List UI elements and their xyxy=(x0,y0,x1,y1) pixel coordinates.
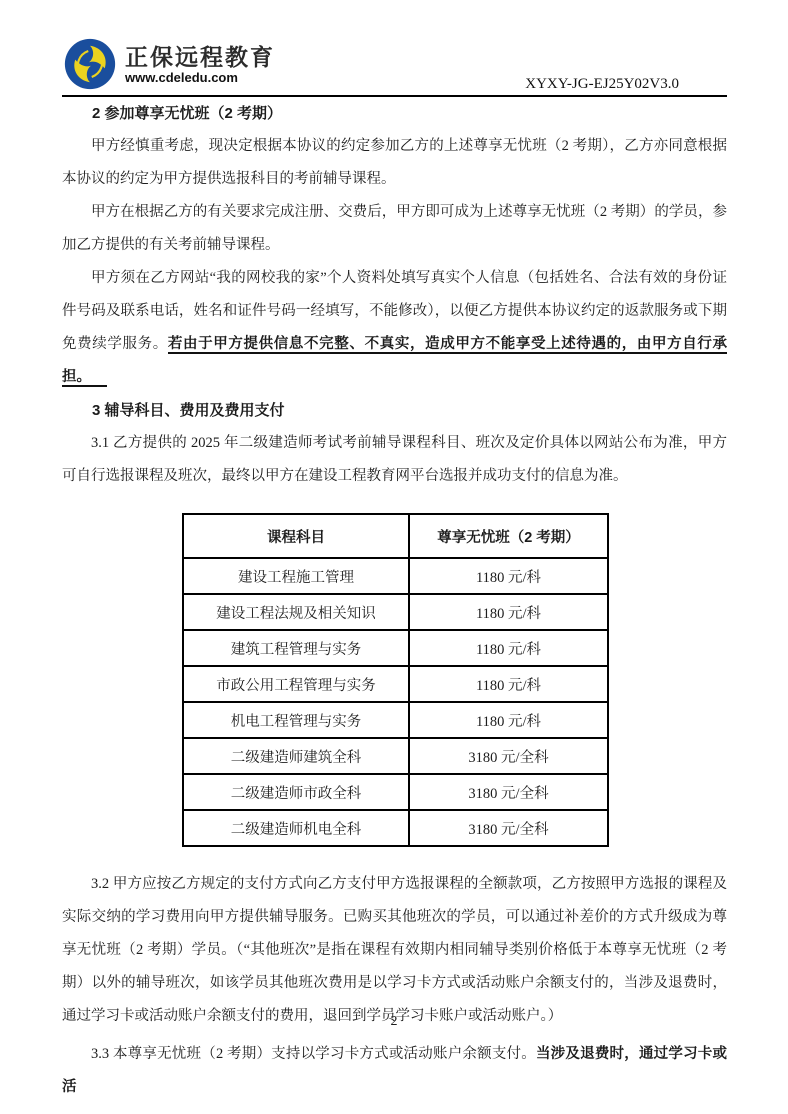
paragraph: 3.1 乙方提供的 2025 年二级建造师考试考前辅导课程科目、班次及定价具体以… xyxy=(62,427,727,493)
column-header-course: 课程科目 xyxy=(183,514,409,558)
course-price-cell: 1180 元/科 xyxy=(409,702,608,738)
column-header-price: 尊享无忧班（2 考期） xyxy=(409,514,608,558)
page-header: 正保远程教育 www.cdeledu.com XYXY-JG-EJ25Y02V3… xyxy=(62,0,727,97)
course-name-cell: 建筑工程管理与实务 xyxy=(183,630,409,666)
contract-page: 正保远程教育 www.cdeledu.com XYXY-JG-EJ25Y02V3… xyxy=(0,0,788,1114)
page-footer: 2 xyxy=(0,1014,788,1030)
course-name-cell: 二级建造师市政全科 xyxy=(183,774,409,810)
course-price-cell: 1180 元/科 xyxy=(409,630,608,666)
brand-swirl-logo-icon xyxy=(64,38,116,90)
table-row: 二级建造师机电全科 3180 元/全科 xyxy=(183,810,608,846)
course-name-cell: 机电工程管理与实务 xyxy=(183,702,409,738)
table-row: 建设工程法规及相关知识 1180 元/科 xyxy=(183,594,608,630)
table-row: 机电工程管理与实务 1180 元/科 xyxy=(183,702,608,738)
brand-name: 正保远程教育 xyxy=(125,44,275,70)
table-row: 市政公用工程管理与实务 1180 元/科 xyxy=(183,666,608,702)
brand: 正保远程教育 www.cdeledu.com xyxy=(64,38,275,90)
course-price-cell: 3180 元/全科 xyxy=(409,738,608,774)
table-row: 建筑工程管理与实务 1180 元/科 xyxy=(183,630,608,666)
table-row: 二级建造师建筑全科 3180 元/全科 xyxy=(183,738,608,774)
paragraph: 3.2 甲方应按乙方规定的支付方式向乙方支付甲方选报课程的全额款项，乙方按照甲方… xyxy=(62,868,727,1033)
course-price-cell: 1180 元/科 xyxy=(409,666,608,702)
paragraph: 3.3 本尊享无忧班（2 考期）支持以学习卡方式或活动账户余额支付。当涉及退费时… xyxy=(62,1038,727,1104)
table-header-row: 课程科目 尊享无忧班（2 考期） xyxy=(183,514,608,558)
brand-url: www.cdeledu.com xyxy=(125,70,275,85)
document-code: XYXY-JG-EJ25Y02V3.0 xyxy=(525,76,679,93)
page-number: 2 xyxy=(391,1014,398,1029)
course-price-cell: 1180 元/科 xyxy=(409,594,608,630)
course-price-cell: 1180 元/科 xyxy=(409,558,608,594)
document-body: 2 参加尊享无忧班（2 考期） 甲方经慎重考虑，现决定根据本协议的约定参加乙方的… xyxy=(62,97,727,1104)
course-price-cell: 3180 元/全科 xyxy=(409,810,608,846)
course-price-cell: 3180 元/全科 xyxy=(409,774,608,810)
course-name-cell: 建设工程法规及相关知识 xyxy=(183,594,409,630)
table-row: 建设工程施工管理 1180 元/科 xyxy=(183,558,608,594)
course-name-cell: 建设工程施工管理 xyxy=(183,558,409,594)
paragraph-text: 3.3 本尊享无忧班（2 考期）支持以学习卡方式或活动账户余额支付。 xyxy=(91,1046,536,1062)
brand-text: 正保远程教育 www.cdeledu.com xyxy=(125,44,275,85)
course-name-cell: 二级建造师建筑全科 xyxy=(183,738,409,774)
course-name-cell: 市政公用工程管理与实务 xyxy=(183,666,409,702)
course-name-cell: 二级建造师机电全科 xyxy=(183,810,409,846)
paragraph: 甲方在根据乙方的有关要求完成注册、交费后，甲方即可成为上述尊享无忧班（2 考期）… xyxy=(62,196,727,262)
section-3-heading: 3 辅导科目、费用及费用支付 xyxy=(62,394,727,427)
paragraph: 甲方须在乙方网站“我的网校我的家”个人资料处填写真实个人信息（包括姓名、合法有效… xyxy=(62,262,727,394)
section-2-heading: 2 参加尊享无忧班（2 考期） xyxy=(62,97,727,130)
table-row: 二级建造师市政全科 3180 元/全科 xyxy=(183,774,608,810)
paragraph: 甲方经慎重考虑，现决定根据本协议的约定参加乙方的上述尊享无忧班（2 考期），乙方… xyxy=(62,130,727,196)
course-price-table: 课程科目 尊享无忧班（2 考期） 建设工程施工管理 1180 元/科 建设工程法… xyxy=(182,513,609,847)
